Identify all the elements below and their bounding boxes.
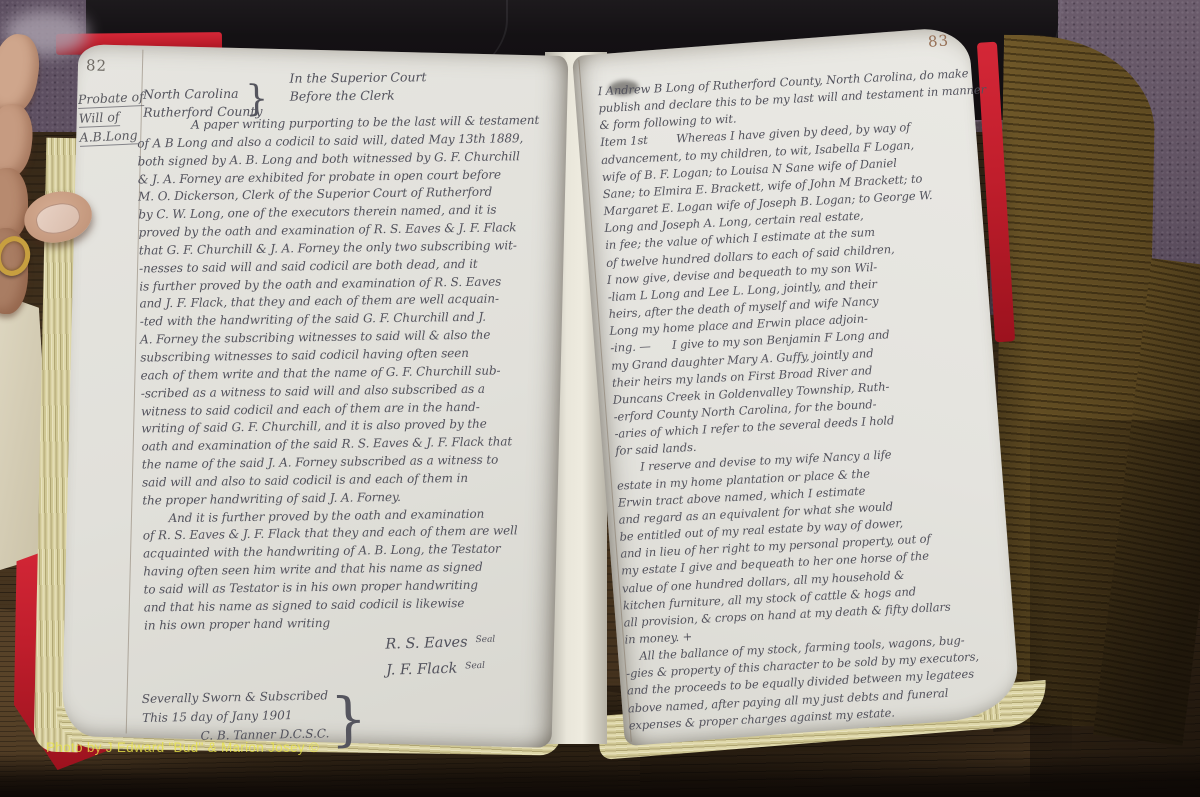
signature-eaves: R. S. EavesSeal xyxy=(385,628,496,657)
page-number-83: 83 xyxy=(927,31,949,51)
hand-holding-book xyxy=(0,20,110,350)
seal-annotation: Seal xyxy=(475,635,495,646)
seal-annotation: Seal xyxy=(465,661,485,672)
attestation-brace: } xyxy=(329,685,367,754)
will-body-text: I Andrew B Long of Rutherford County, No… xyxy=(597,65,1006,735)
signature-flack: J. F. FlackSeal xyxy=(386,654,497,683)
heading-line: In the Superior Court xyxy=(289,68,426,87)
photographer-watermark: Photo by J Edward "Bud" & Marion Josey © xyxy=(46,740,319,755)
signature-block: R. S. EavesSeal J. F. FlackSeal xyxy=(385,628,496,683)
attestation-line: Severally Sworn & Subscribed xyxy=(142,686,329,709)
photo-of-ledger-book: 82 Probate ofWill ofA.B.Long In the Supe… xyxy=(0,0,1200,797)
heading-line: Before the Clerk xyxy=(290,86,427,105)
heading-superior-court: In the Superior CourtBefore the Clerk xyxy=(289,68,426,105)
attestation-block: Severally Sworn & Subscribed This 15 day… xyxy=(142,686,330,747)
ledger-left-page: 82 Probate ofWill ofA.B.Long In the Supe… xyxy=(62,44,569,748)
caption-brace: } xyxy=(245,78,268,119)
gold-ring xyxy=(0,232,34,279)
ledger-right-page: 83 I Andrew B Long of Rutherford County,… xyxy=(572,26,1021,746)
probate-body-text: A paper writing purporting to be the las… xyxy=(137,112,550,635)
